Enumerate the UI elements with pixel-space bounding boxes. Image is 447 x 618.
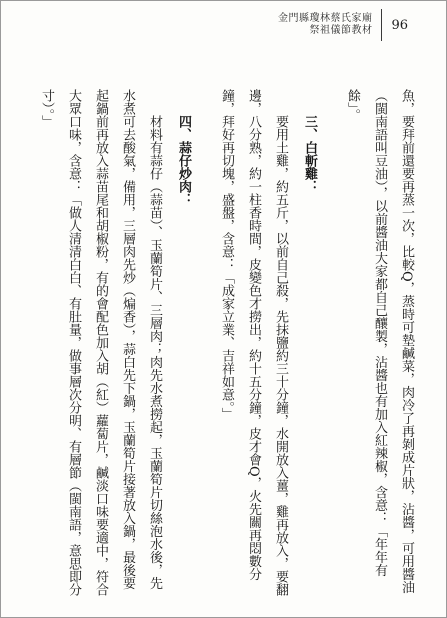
page-header: 金門縣瓊林蔡氏家廟 祭祖儀節教材 96 [278, 9, 408, 41]
section-text-garlic-fried-pork: 材料有蒜仔（蒜苗）、玉蘭筍片、三層肉；肉先水煮撈起，玉蘭筍片切絲泡水後，先水煮可… [33, 89, 168, 597]
page-number: 96 [391, 18, 408, 33]
running-title-line2: 祭祖儀節教材 [278, 25, 373, 37]
running-title-line1: 金門縣瓊林蔡氏家廟 [278, 13, 373, 25]
section-heading-white-cut-chicken: 三、白斬雞： [296, 89, 323, 597]
running-title: 金門縣瓊林蔡氏家廟 祭祖儀節教材 [278, 13, 373, 37]
book-page: 金門縣瓊林蔡氏家廟 祭祖儀節教材 96 魚，要拜前還要再蒸一次，比較Q，蒸時可墊… [0, 0, 447, 618]
section-text-white-cut-chicken: 要用土雞，約五斤，以前自己殺，先抹鹽約三十分鐘，水開放入薑，雞再放入，要翻邊，八… [213, 89, 294, 597]
section-heading-garlic-fried-pork: 四、蒜仔炒肉： [170, 89, 197, 597]
header-divider [381, 9, 382, 41]
page-body: 魚，要拜前還要再蒸一次，比較Q，蒸時可墊鹹菜，肉冷了再剝成片狀，沾醬，可用醬油（… [28, 89, 420, 597]
paragraph-fish-continuation: 魚，要拜前還要再蒸一次，比較Q，蒸時可墊鹹菜，肉冷了再剝成片狀，沾醬，可用醬油（… [339, 89, 420, 597]
